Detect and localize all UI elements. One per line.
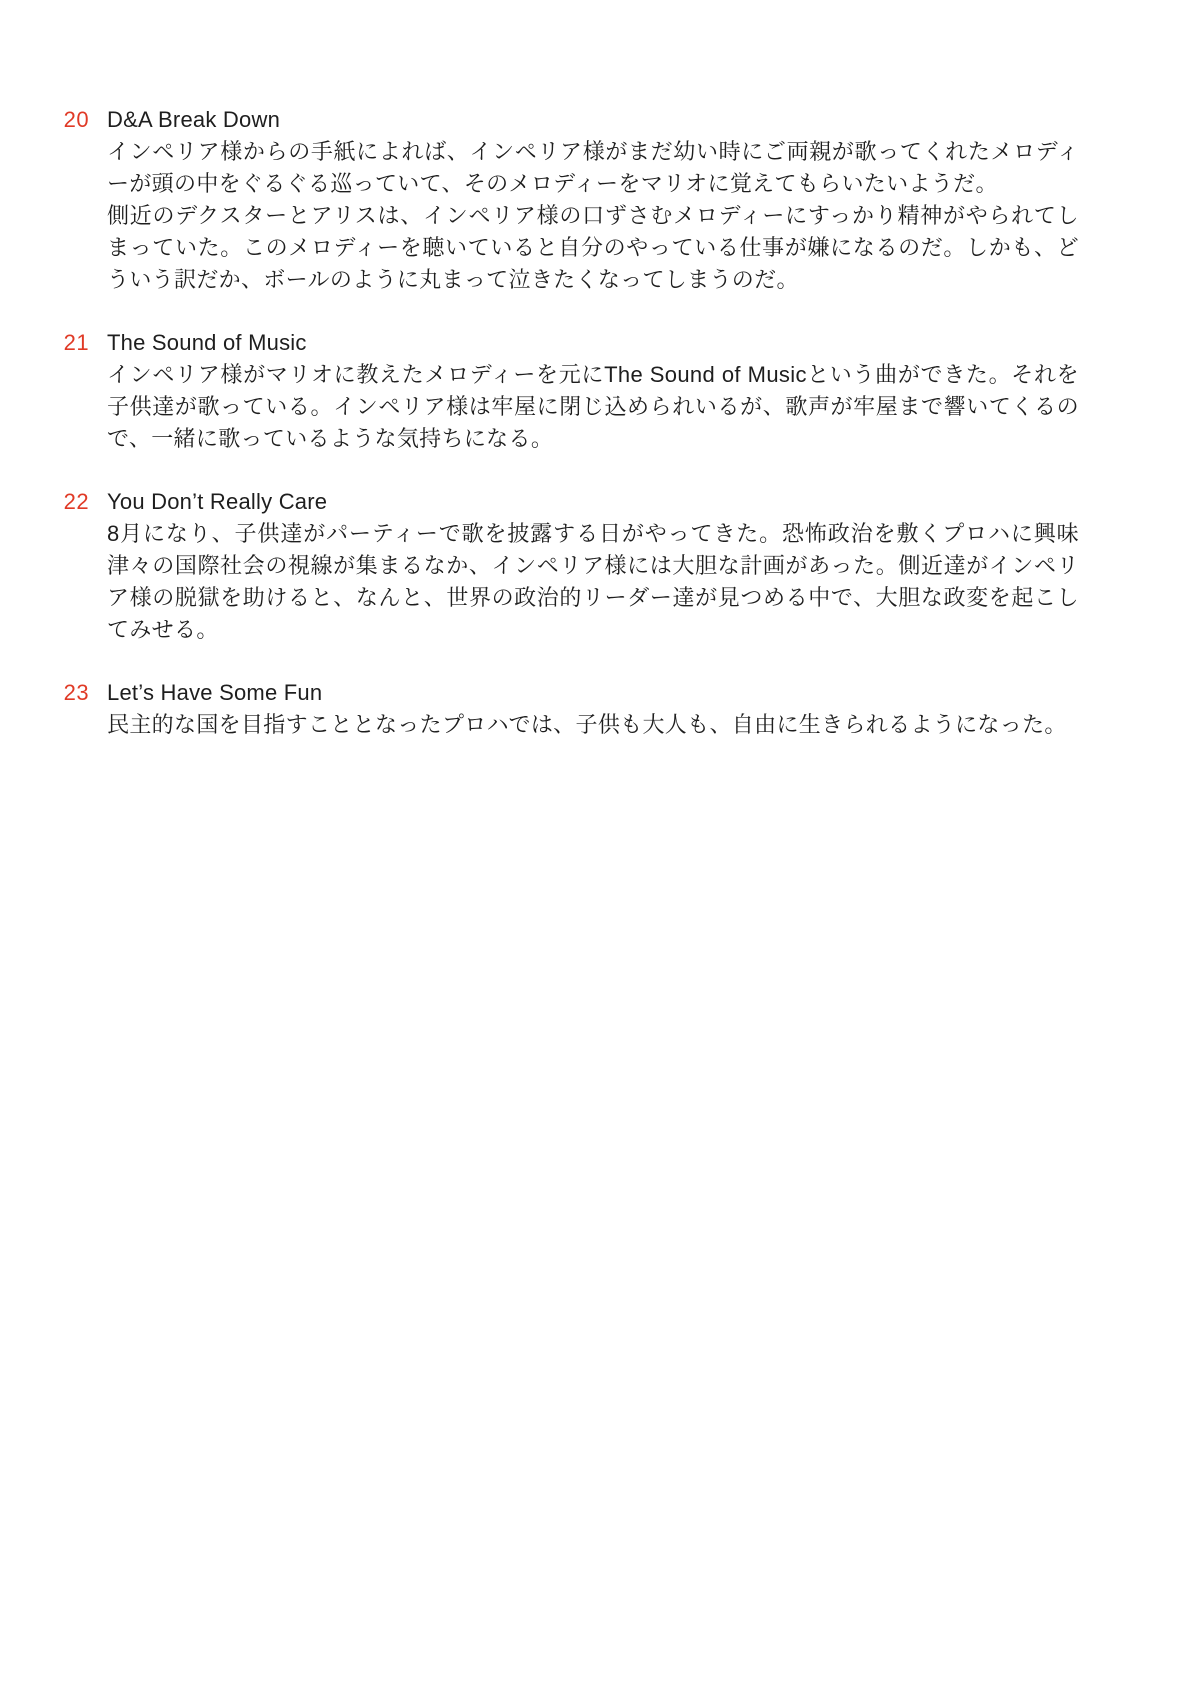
- track-description: 8月になり、子供達がパーティーで歌を披露する日がやってきた。恐怖政治を敷くプロハ…: [107, 518, 1079, 646]
- track-number: 22: [40, 486, 89, 518]
- track-title: Let’s Have Some Fun: [107, 677, 1079, 709]
- track-description: インペリア様からの手紙によれば、インペリア様がまだ幼い時にご両親が歌ってくれたメ…: [107, 136, 1079, 200]
- track-entry: 22 You Don’t Really Care 8月になり、子供達がパーティー…: [40, 486, 1080, 646]
- track-content: Let’s Have Some Fun 民主的な国を目指すこととなったプロハでは…: [107, 677, 1079, 741]
- track-description: インペリア様がマリオに教えたメロディーを元にThe Sound of Music…: [107, 359, 1079, 455]
- track-content: D&A Break Down インペリア様からの手紙によれば、インペリア様がまだ…: [107, 104, 1079, 296]
- track-entry: 20 D&A Break Down インペリア様からの手紙によれば、インペリア様…: [40, 104, 1080, 296]
- track-entry: 23 Let’s Have Some Fun 民主的な国を目指すこととなったプロ…: [40, 677, 1080, 741]
- track-number: 20: [40, 104, 89, 136]
- track-description: 民主的な国を目指すこととなったプロハでは、子供も大人も、自由に生きられるようにな…: [107, 709, 1079, 741]
- track-list: 20 D&A Break Down インペリア様からの手紙によれば、インペリア様…: [40, 104, 1080, 741]
- track-entry: 21 The Sound of Music インペリア様がマリオに教えたメロディ…: [40, 327, 1080, 455]
- track-title: D&A Break Down: [107, 104, 1079, 136]
- track-number: 21: [40, 327, 89, 359]
- liner-notes-page: 20 D&A Break Down インペリア様からの手紙によれば、インペリア様…: [0, 0, 1200, 1696]
- track-title: You Don’t Really Care: [107, 486, 1079, 518]
- track-content: You Don’t Really Care 8月になり、子供達がパーティーで歌を…: [107, 486, 1079, 646]
- track-number: 23: [40, 677, 89, 709]
- track-title: The Sound of Music: [107, 327, 1079, 359]
- track-description: 側近のデクスターとアリスは、インペリア様の口ずさむメロディーにすっかり精神がやら…: [107, 200, 1079, 296]
- track-content: The Sound of Music インペリア様がマリオに教えたメロディーを元…: [107, 327, 1079, 455]
